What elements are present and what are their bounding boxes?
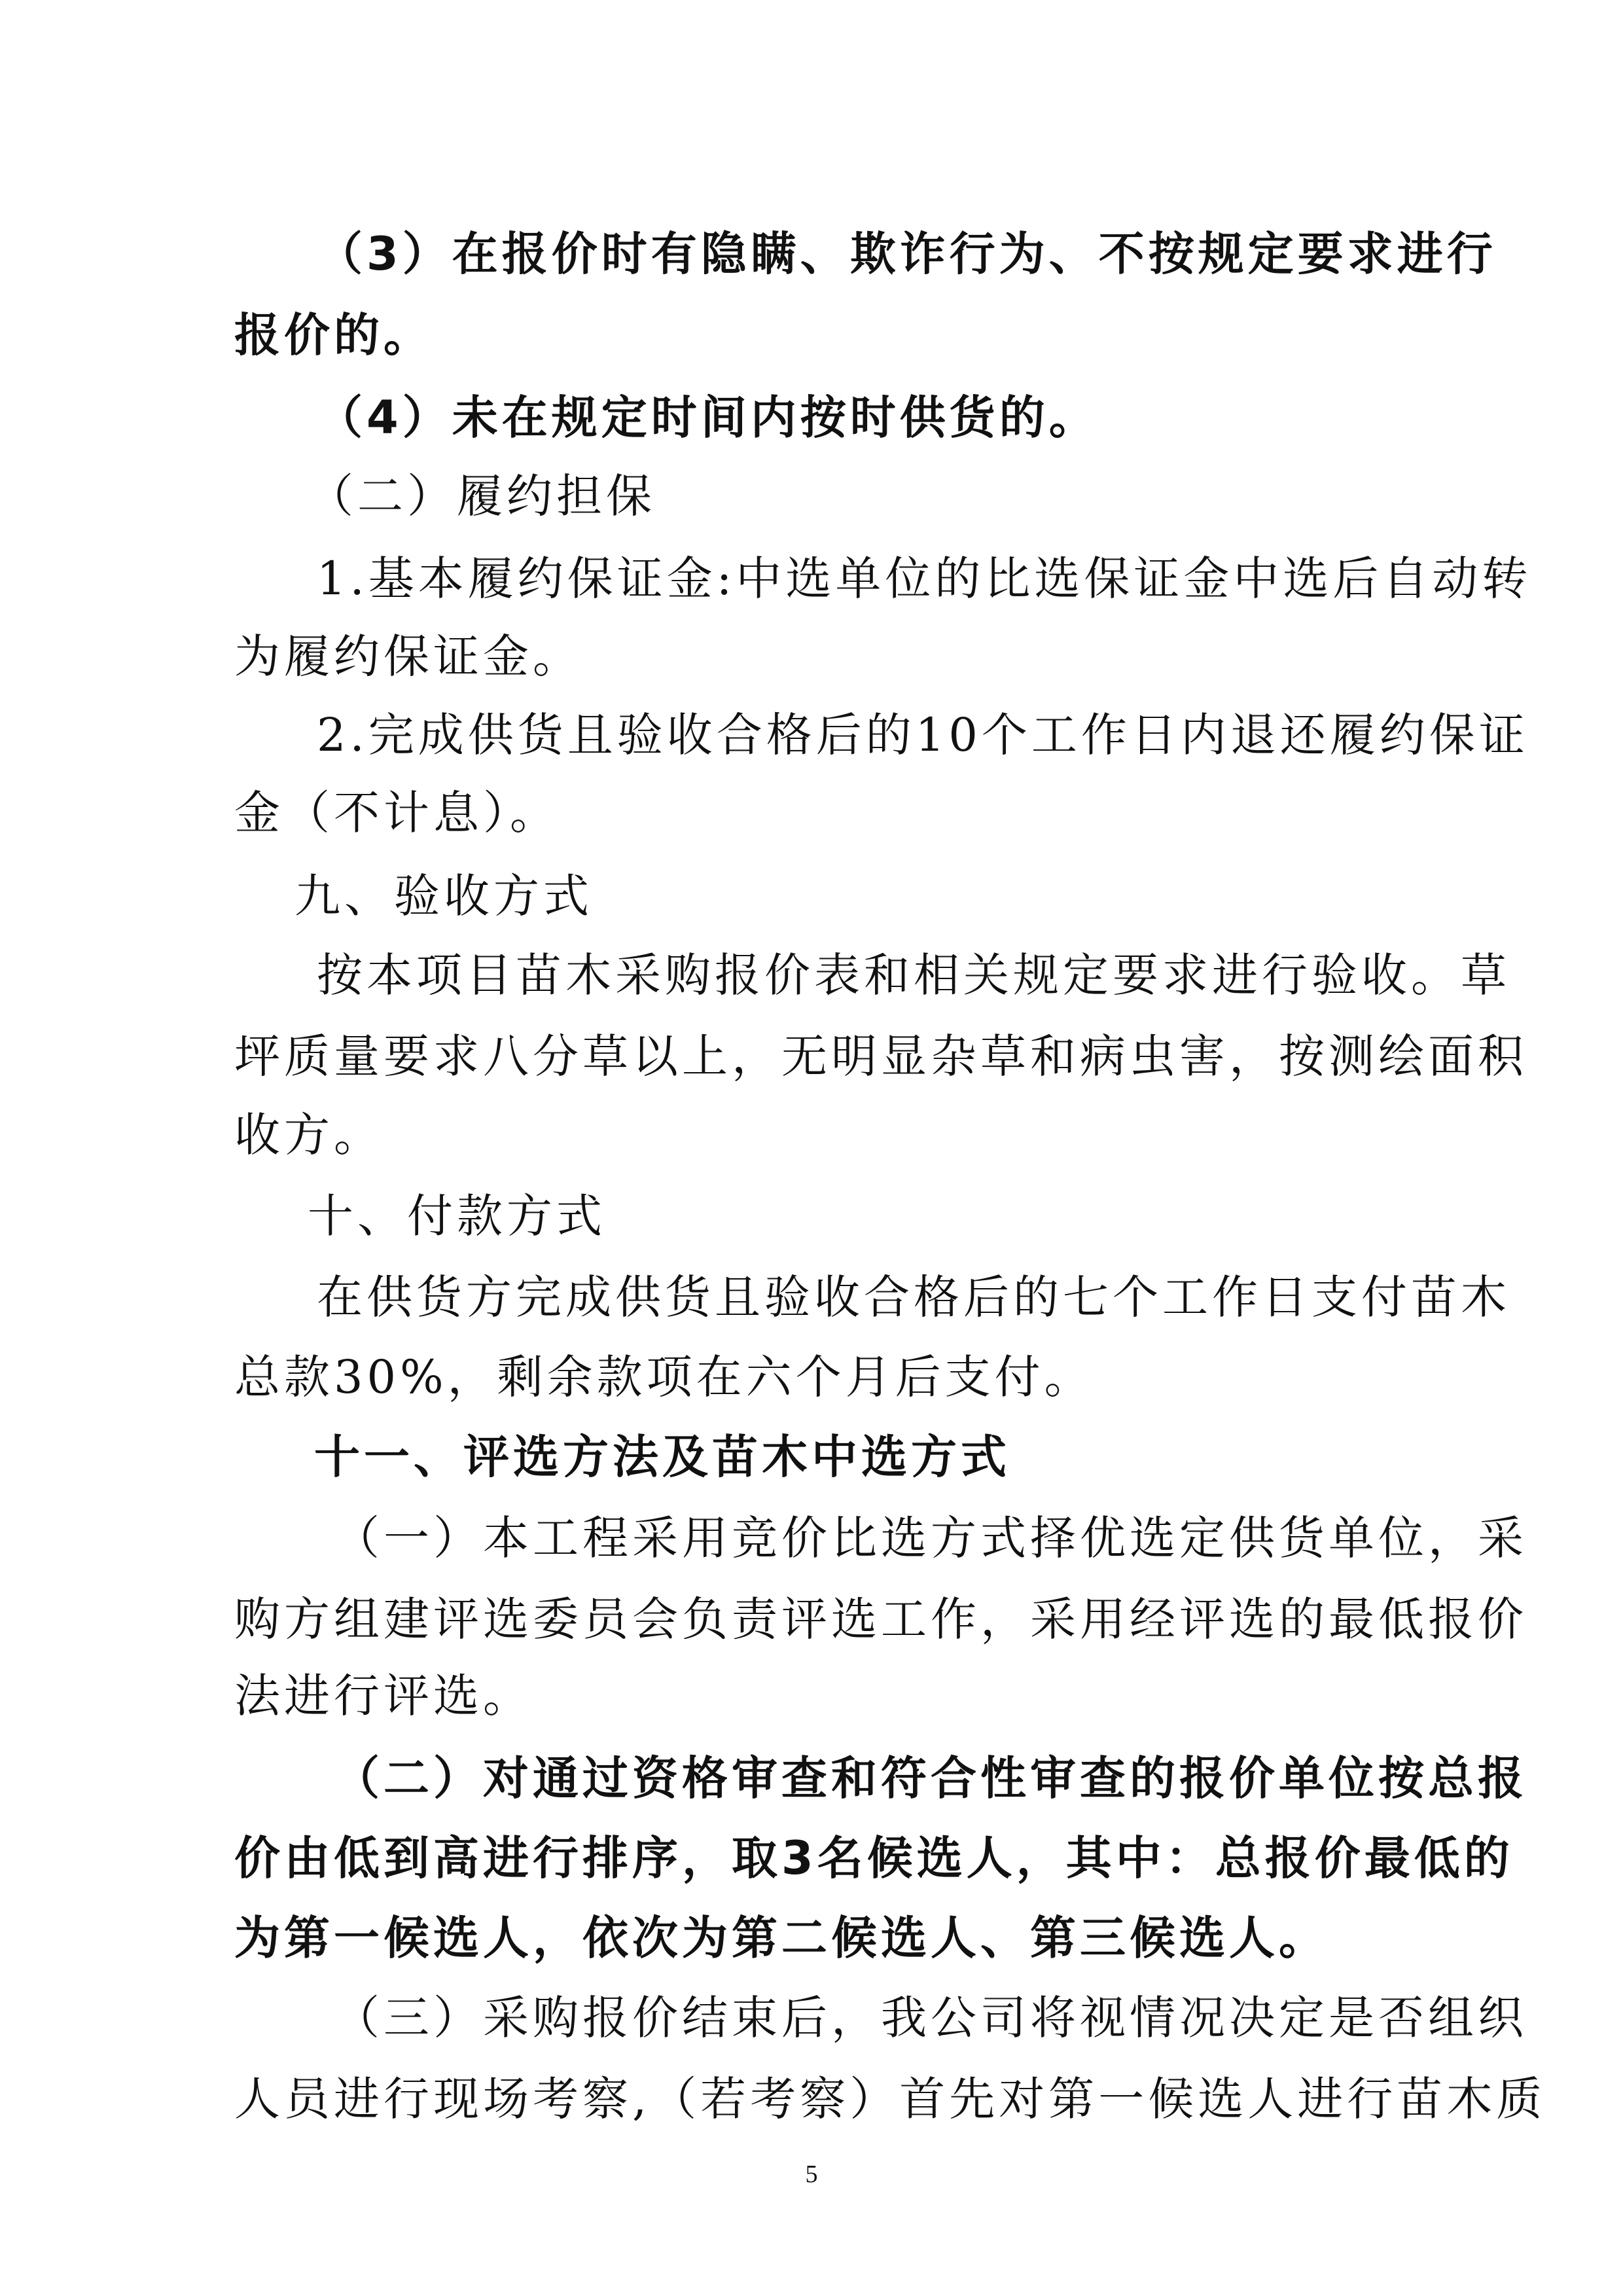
paragraph-line: 人员进行现场考察,（若考察）首先对第一候选人进行苗木质 bbox=[234, 2073, 1376, 2125]
section-heading: 十、付款方式 bbox=[308, 1190, 1367, 1242]
paragraph-line: 坪质量要求八分草以上，无明显杂草和病虫害，按测绘面积 bbox=[234, 1030, 1376, 1083]
paragraph-line: 法进行评选。 bbox=[234, 1670, 1376, 1722]
paragraph-line: （3）在报价时有隐瞒、欺诈行为、不按规定要求进行 bbox=[317, 228, 1376, 280]
paragraph-line: 报价的。 bbox=[234, 309, 1376, 361]
paragraph-line: 为履约保证金。 bbox=[234, 630, 1376, 683]
section-heading: （二）履约担保 bbox=[308, 470, 1367, 522]
paragraph-line: 按本项目苗木采购报价表和相关规定要求进行验收。草 bbox=[317, 949, 1376, 1001]
paragraph-line: 为第一候选人，依次为第二候选人、第三候选人。 bbox=[234, 1912, 1376, 1964]
paragraph-line: （二）对通过资格审查和符合性审查的报价单位按总报 bbox=[334, 1752, 1376, 1804]
section-heading: 九、验收方式 bbox=[294, 870, 1354, 922]
paragraph-line: （4）未在规定时间内按时供货的。 bbox=[317, 391, 1376, 444]
paragraph-line: 收方。 bbox=[234, 1109, 1376, 1161]
paragraph-line: 2.完成供货且验收合格后的10个工作日内退还履约保证 bbox=[317, 709, 1376, 761]
paragraph-line: 价由低到高进行排序，取3名候选人，其中：总报价最低的 bbox=[234, 1832, 1376, 1884]
paragraph-line: 总款30%，剩余款项在六个月后支付。 bbox=[234, 1351, 1376, 1403]
paragraph-line: （一）本工程采用竞价比选方式择优选定供货单位，采 bbox=[334, 1512, 1376, 1564]
page-number: 5 bbox=[0, 2160, 1623, 2189]
section-heading: 十一、评选方法及苗木中选方式 bbox=[314, 1431, 1374, 1483]
paragraph-line: 在供货方完成供货且验收合格后的七个工作日支付苗木 bbox=[317, 1271, 1376, 1323]
paragraph-line: 购方组建评选委员会负责评选工作，采用经评选的最低报价 bbox=[234, 1593, 1376, 1645]
paragraph-line: （三）采购报价结束后，我公司将视情况决定是否组织 bbox=[334, 1992, 1376, 2044]
document-page: （3）在报价时有隐瞒、欺诈行为、不按规定要求进行 报价的。 （4）未在规定时间内… bbox=[0, 0, 1623, 2296]
paragraph-line: 金（不计息）。 bbox=[234, 787, 1376, 839]
paragraph-line: 1.基本履约保证金:中选单位的比选保证金中选后自动转 bbox=[317, 552, 1376, 605]
